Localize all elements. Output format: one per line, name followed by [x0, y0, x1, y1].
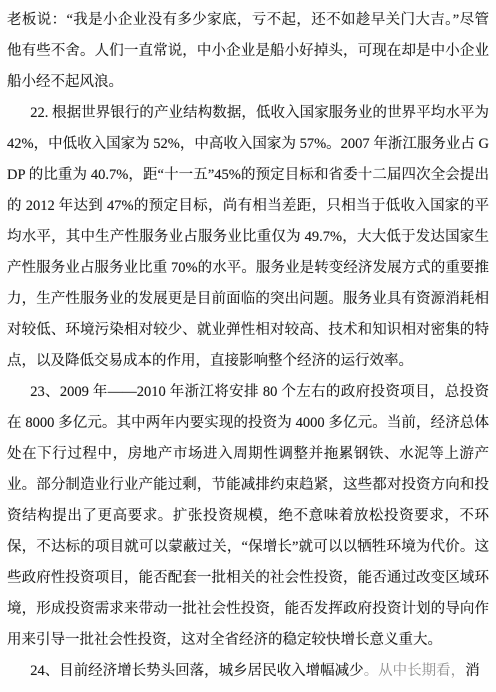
- paragraph-text: 消: [465, 663, 480, 679]
- document-page: 老板说：“我是小企业没有多少家底，亏不起，还不如趁早关门大吉。”尽管他有些不舍。…: [0, 0, 496, 692]
- paragraph-continuation: 老板说：“我是小企业没有多少家底，亏不起，还不如趁早关门大吉。”尽管他有些不舍。…: [7, 5, 489, 98]
- paragraph-item-22: 22. 根据世界银行的产业结构数据，低收入国家服务业的世界平均水平为 42%，中…: [7, 98, 489, 377]
- faded-scan-text: 。从中长期看，: [364, 663, 466, 679]
- paragraph-item-24: 24、目前经济增长势头回落，城乡居民收入增幅减少。从中长期看，消: [7, 656, 489, 687]
- paragraph-item-23: 23、2009 年——2010 年浙江将安排 80 个左右的政府投资项目，总投资…: [7, 377, 489, 656]
- paragraph-text: 24、目前经济增长势头回落，城乡居民收入增幅减少: [30, 663, 364, 679]
